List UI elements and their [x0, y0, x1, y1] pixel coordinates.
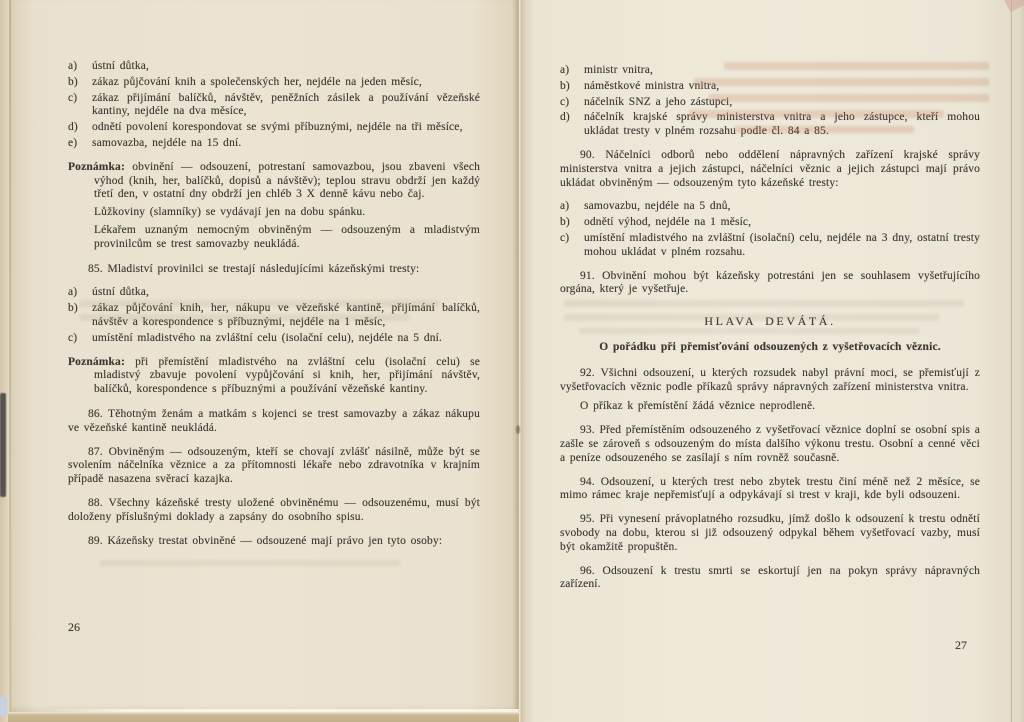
- list-item-label: a): [560, 200, 584, 214]
- ink-showthrough: [564, 314, 939, 321]
- note-text: obvinění — odsouzení, potrestaní samovaz…: [94, 161, 480, 201]
- ink-showthrough: [80, 314, 410, 321]
- list-item-text: zákaz půjčování knih a společenských her…: [92, 76, 422, 88]
- list-item-text: umístění mladistvého na zvláštní celu (i…: [92, 332, 442, 344]
- list-item-label: e): [68, 137, 92, 151]
- list-item: c)zákaz přijímání balíčků, návštěv, peně…: [68, 92, 480, 120]
- list-item: b)zákaz půjčování knih a společenských h…: [68, 76, 480, 90]
- book-gutter: [511, 0, 525, 722]
- ink-showthrough: [724, 62, 989, 70]
- list-item-text: samovazbu, nejdéle na 5 dnů,: [584, 200, 731, 212]
- list-item-label: b): [560, 80, 584, 94]
- list-item-text: ministr vnitra,: [584, 64, 653, 76]
- note-paragraph-1: Poznámka: obvinění — odsouzení, potresta…: [68, 161, 480, 252]
- list-item-label: a): [68, 60, 92, 74]
- note-paragraph-2: Poznámka: při přemístění mladistvého na …: [68, 356, 480, 397]
- list-item: c)umístění mladistvého na zvláštní (isol…: [560, 232, 980, 260]
- ink-showthrough: [564, 300, 964, 307]
- ink-showthrough: [100, 560, 400, 566]
- list-item: a)ústní důtka,: [68, 60, 480, 74]
- list-item-text: zákaz přijímání balíčků, návštěv, peněžn…: [92, 92, 480, 118]
- paragraph-92: 92. Všichni odsouzení, u kterých rozsude…: [560, 367, 980, 395]
- list-item-text: ústní důtka,: [92, 286, 149, 298]
- list-item-label: b): [68, 76, 92, 90]
- page-edge-line-right: [1011, 0, 1012, 722]
- paragraph-88: 88. Všechny kázeňské tresty uložené obvi…: [68, 497, 480, 525]
- list-item: d)odnětí povolení korespondovat se svými…: [68, 121, 480, 135]
- note-subtext: Lůžkoviny (slamníky) se vydávají jen na …: [94, 206, 480, 220]
- list-item-text: odnětí povolení korespondovat se svými p…: [92, 121, 463, 133]
- list-item-label: c): [68, 332, 92, 346]
- ink-showthrough: [709, 94, 989, 102]
- list-item-label: c): [560, 232, 584, 246]
- paragraph-87: 87. Obviněným — odsouzeným, kteří se cho…: [68, 446, 480, 487]
- blue-corner-object: [0, 697, 7, 716]
- paragraph-90: 90. Náčelníci odborů nebo oddělení nápra…: [560, 149, 980, 190]
- list-item-label: d): [68, 121, 92, 135]
- list-item-text: ústní důtka,: [92, 60, 149, 72]
- gutter-speck: [516, 425, 520, 434]
- list-item: a)ústní důtka,: [68, 286, 480, 300]
- list-item: e)samovazba, nejdéle na 15 dní.: [68, 137, 480, 151]
- paragraph-91: 91. Obvinění mohou být kázeňsky potrestá…: [560, 270, 980, 298]
- note-subtext: Lékařem uznaným nemocným obviněným — ods…: [94, 224, 480, 252]
- list-punishments-90: a)samovazbu, nejdéle na 5 dnů, b)odnětí …: [560, 200, 980, 259]
- list-item: c)umístění mladistvého na zvláštní celu …: [68, 332, 480, 346]
- ink-showthrough: [734, 126, 914, 133]
- left-page-text: a)ústní důtka, b)zákaz půjčování knih a …: [10, 0, 513, 548]
- list-item: b)odnětí výhod, nejdéle na 1 měsíc,: [560, 216, 980, 230]
- paragraph-85: 85. Mladiství provinilci se trestají nás…: [68, 263, 480, 277]
- paragraph-86: 86. Těhotným ženám a matkám s kojenci se…: [68, 408, 480, 436]
- right-page: a)ministr vnitra, b)náměstkové ministra …: [519, 0, 1024, 722]
- ink-showthrough: [579, 328, 919, 334]
- list-item-label: c): [68, 92, 92, 106]
- note-label: Poznámka:: [68, 356, 125, 368]
- paragraph-89: 89. Kázeňsky trestat obviněné — odsouzen…: [68, 535, 480, 549]
- note-label: Poznámka:: [68, 161, 125, 173]
- list-item-label: d): [560, 111, 584, 125]
- list-item-label: c): [560, 96, 584, 110]
- paragraph-96: 96. Odsouzení k trestu smrti se eskortuj…: [560, 565, 980, 593]
- paragraph-93: 93. Před přemístěním odsouzeného z vyšet…: [560, 424, 980, 465]
- chapter-subheading: O pořádku při přemisťování odsouzených z…: [560, 341, 980, 355]
- page-edge-line-left: [9, 0, 11, 712]
- page-number-27: 27: [955, 638, 967, 653]
- list-item-label: b): [560, 216, 584, 230]
- list-item-label: a): [68, 286, 92, 300]
- right-page-text: a)ministr vnitra, b)náměstkové ministra …: [519, 0, 1024, 592]
- list-item-text: odnětí výhod, nejdéle na 1 měsíc,: [584, 216, 751, 228]
- ink-showthrough: [689, 110, 944, 118]
- list-item-text: umístění mladistvého na zvláštní (isolač…: [584, 232, 980, 258]
- left-page: a)ústní důtka, b)zákaz půjčování knih a …: [10, 0, 519, 712]
- book-spread-photo: a)ústní důtka, b)zákaz půjčování knih a …: [0, 0, 1024, 722]
- paragraph-94: 94. Odsouzení, u kterých trest nebo zbyt…: [560, 476, 980, 504]
- list-item-label: a): [560, 64, 584, 78]
- note-text: při přemístění mladistvého na zvláštní c…: [94, 356, 480, 396]
- page-number-26: 26: [68, 620, 80, 635]
- list-item-text: samovazba, nejdéle na 15 dní.: [92, 137, 241, 149]
- ink-showthrough: [80, 300, 440, 307]
- list-punishments-84: a)ústní důtka, b)zákaz půjčování knih a …: [68, 60, 480, 151]
- paragraph-95: 95. Při vynesení právoplatného rozsudku,…: [560, 513, 980, 554]
- surface-below-left-page: [8, 712, 519, 722]
- paragraph-92b: O příkaz k přemístění žádá věznice nepro…: [560, 400, 980, 414]
- list-item: a)samovazbu, nejdéle na 5 dnů,: [560, 200, 980, 214]
- dark-edge-mark: [0, 393, 6, 497]
- ink-showthrough: [694, 78, 989, 86]
